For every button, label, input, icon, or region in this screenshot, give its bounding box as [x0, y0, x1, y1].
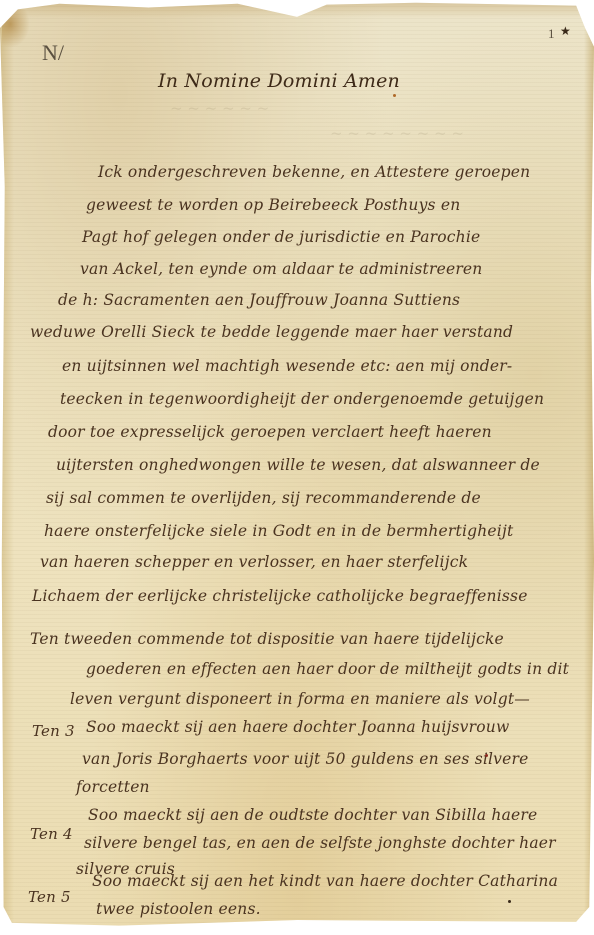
item-2-line: leven vergunt disponeert in forma en man…: [70, 690, 530, 708]
paper-edge-stain-top: [0, 0, 594, 18]
document-heading: In Nomine Domini Amen: [158, 70, 400, 92]
text-line: teecken in tegenwoordigheijt der onderge…: [60, 390, 544, 408]
item-5-label: Ten 5: [28, 888, 71, 906]
text-line: geweest te worden op Beirebeeck Posthuys…: [86, 196, 460, 214]
text-line: door toe expresselijck geroepen verclaer…: [48, 423, 492, 441]
item-3-label: Ten 3: [32, 722, 75, 740]
item-2-line: Ten tweeden commende tot dispositie van …: [30, 630, 504, 648]
text-line: de h: Sacramenten aen Jouffrouw Joanna S…: [58, 291, 460, 309]
archive-mark-top-right: 1: [548, 26, 555, 42]
text-line: en uijtsinnen wel machtigh wesende etc: …: [62, 357, 512, 375]
item-2-line: goederen en effecten aen haer door de mi…: [86, 660, 569, 678]
item-3-line: Soo maeckt sij aen haere dochter Joanna …: [86, 718, 509, 736]
text-line: Pagt hof gelegen onder de jurisdictie en…: [82, 228, 480, 246]
bleed-through-text: ~ ~ ~ ~ ~ ~ ~ ~: [330, 125, 464, 143]
item-3-line: forcetten: [76, 778, 150, 796]
corner-water-stain: [2, 8, 30, 48]
ink-speck: [393, 94, 396, 97]
item-5-line: twee pistoolen eens.: [96, 900, 261, 918]
text-line: van haeren schepper en verlosser, en hae…: [40, 553, 468, 571]
bleed-through-text: ~ ~ ~ ~ ~ ~: [170, 100, 269, 118]
ink-speck: [508, 900, 511, 903]
item-4-line: Soo maeckt sij aen de oudtste dochter va…: [88, 806, 537, 824]
ink-speck: [485, 754, 488, 757]
item-4-label: Ten 4: [30, 825, 73, 843]
text-line: sij sal commen te overlijden, sij recomm…: [46, 489, 481, 507]
item-3-line: van Joris Borghaerts voor uijt 50 gulden…: [82, 750, 528, 768]
text-line: haere onsterfelijcke siele in Godt en in…: [44, 522, 513, 540]
paper-edge-stain-left: [0, 0, 14, 935]
text-line: Ick ondergeschreven bekenne, en Attester…: [98, 163, 530, 181]
manuscript-page: ~ ~ ~ ~ ~ ~ ~ ~ ~ ~ ~ ~ ~ ~ N/ 1 ★ In No…: [0, 0, 594, 935]
archive-mark-top-left: N/: [42, 40, 64, 66]
star-icon: ★: [560, 24, 571, 39]
item-4-line: silvere bengel tas, en aen de selfste jo…: [84, 834, 556, 852]
paper-edge-right: [584, 0, 594, 935]
text-line: uijtersten onghedwongen wille te wesen, …: [56, 456, 540, 474]
text-line: Lichaem der eerlijcke christelijcke cath…: [32, 587, 528, 605]
text-line: weduwe Orelli Sieck te bedde leggende ma…: [30, 323, 513, 341]
item-5-line: Soo maeckt sij aen het kindt van haere d…: [92, 872, 558, 890]
text-line: van Ackel, ten eynde om aldaar te admini…: [80, 260, 483, 278]
